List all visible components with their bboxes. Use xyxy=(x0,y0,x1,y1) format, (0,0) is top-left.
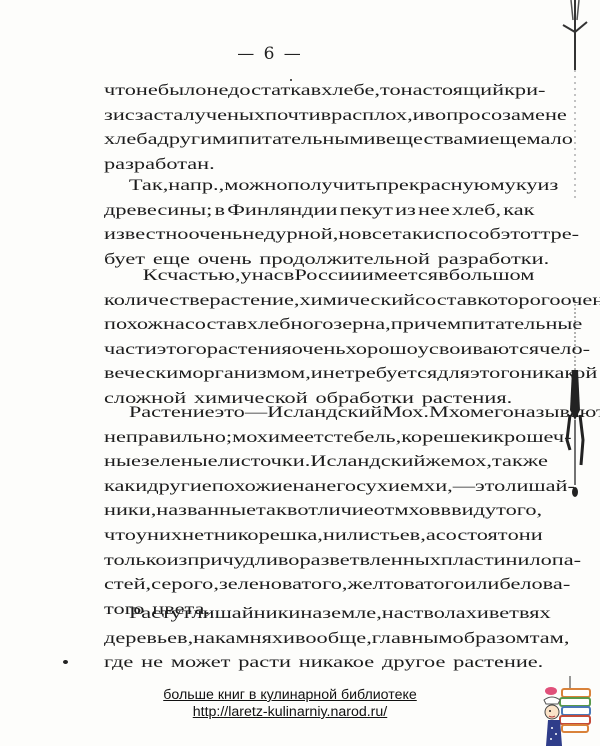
text-line: хлебадругимипитательнымивеществамиещемал… xyxy=(104,127,535,152)
text-line: похожнасоставхлебногозерна,причемпитател… xyxy=(104,312,535,337)
text-line: гденеможетрастиникакоедругоерастение. xyxy=(104,650,535,675)
text-line: деревьев,накамняхивообще,главнымобразомт… xyxy=(104,626,535,651)
text-line: Так,напр.,можнополучитьпрекраснуюмукуиз xyxy=(104,173,535,198)
text-line: неправильно;мохимеетстебель,корешекикрош… xyxy=(104,425,535,450)
text-line: известнооченьнедурной,новсетакиспособэто… xyxy=(104,222,535,247)
page-number: — 6 — xyxy=(0,44,540,64)
footer-url-link[interactable]: http://laretz-kulinarniy.narod.ru/ xyxy=(193,704,388,720)
text-line: ники,названныетаквотличиеотмховввидутого… xyxy=(104,498,535,523)
text-line: Ксчастью,унасвРоссииимеетсявбольшом xyxy=(104,263,535,288)
text-line: зисзасталученыхпочтиврасплох,ивопросозам… xyxy=(104,103,535,128)
text-line: чтоунихнетникорешка,нилистьев,асостоятон… xyxy=(104,523,535,548)
paragraph: Ксчастью,унасвРоссииимеетсявбольшомколич… xyxy=(104,263,416,411)
scan-speck xyxy=(290,79,292,81)
text-line: веческиморганизмом,инетребуетсядляэтогон… xyxy=(104,361,535,386)
paragraph: Растутлишайникиназемле,настволахиветвяхд… xyxy=(104,601,416,675)
text-line: какидругиепохожиенанегосухиемхи,—этолиша… xyxy=(104,474,535,499)
paragraph: Так,напр.,можнополучитьпрекраснуюмукуизд… xyxy=(104,173,416,271)
text-line: Растутлишайникиназемле,настволахиветвях xyxy=(104,601,535,626)
footer-link-block[interactable]: больше книг в кулинарной библиотеке http… xyxy=(120,687,460,721)
footer-library-link[interactable]: больше книг в кулинарной библиотеке xyxy=(163,687,417,703)
text-line: стей,серого,зеленоватого,желтоватогоилиб… xyxy=(104,572,535,597)
margin-ink-mark-bottom-icon xyxy=(555,300,595,500)
text-line: древесины;вФинляндиипекутизнеехлеб,как xyxy=(104,198,535,223)
margin-ink-mark-top-icon xyxy=(555,0,595,200)
text-line: чтонебылонедостаткавхлебе,тонастоящийкри… xyxy=(104,78,535,103)
scan-speck xyxy=(63,660,68,664)
text-line: частиэтогорастенияоченьхорошоусвоиваются… xyxy=(104,337,535,362)
book-stack-chef-icon xyxy=(540,676,596,746)
paragraph: Растениеэто—ИсландскийМох.Мхомегоназываю… xyxy=(104,400,416,621)
text-line: количестверастение,химическийсоставкотор… xyxy=(104,288,535,313)
text-line: ныезеленыелисточки.Исландскийжемох,также xyxy=(104,449,535,474)
text-line: Растениеэто—ИсландскийМох.Мхомегоназываю… xyxy=(104,400,535,425)
scan-speck xyxy=(500,660,502,662)
paragraph: чтонебылонедостаткавхлебе,тонастоящийкри… xyxy=(104,78,416,176)
text-line: толькоизпричудливоразветвленныхпластинил… xyxy=(104,548,535,573)
